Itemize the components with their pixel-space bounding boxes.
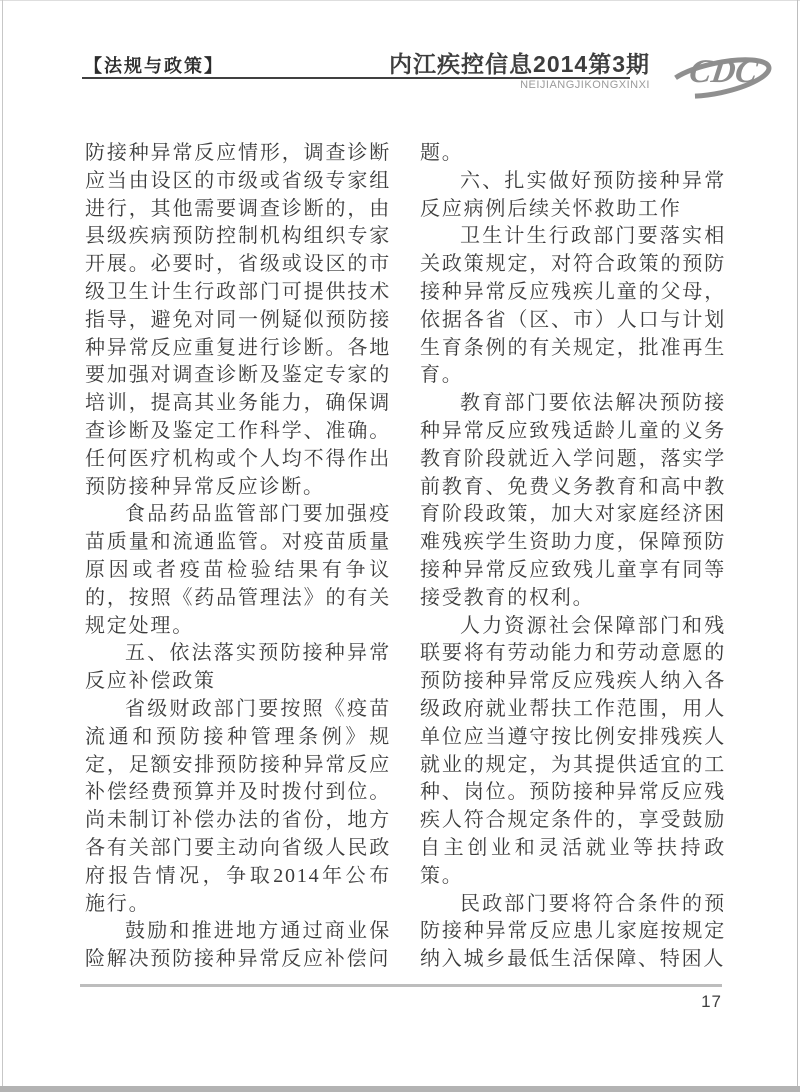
publication-title-pinyin: NEIJIANGJIKONGXINXI [520, 79, 650, 91]
paragraph: 题。 [420, 140, 726, 168]
paragraph: 防接种异常反应情形，调查诊断应当由设区的市级或省级专家组进行，其他需要调查诊断的… [85, 140, 391, 501]
publication-title: 内江疾控信息2014第3期 [389, 46, 650, 79]
left-column: 防接种异常反应情形，调查诊断应当由设区的市级或省级专家组进行，其他需要调查诊断的… [85, 140, 391, 974]
section-heading: 五、依法落实预防接种异常反应补偿政策 [85, 640, 391, 696]
paragraph: 省级财政部门要按照《疫苗流通和预防接种管理条例》规定，足额安排预防接种异常反应补… [85, 696, 391, 918]
paragraph: 民政部门要将符合条件的预防接种异常反应患儿家庭按规定纳入城乡最低生活保障、特困人 [420, 891, 726, 974]
page-edge-left [2, 0, 3, 1092]
paragraph: 教育部门要依法解决预防接种异常反应致残适龄儿童的义务教育阶段就近入学问题，落实学… [420, 390, 726, 612]
paragraph: 卫生计生行政部门要落实相关政策规定，对符合政策的预防接种异常反应残疾儿童的父母，… [420, 223, 726, 390]
document-page: 【法规与政策】 内江疾控信息2014第3期 NEIJIANGJIKONGXINX… [0, 0, 800, 1092]
page-edge-right [797, 0, 798, 1092]
cdc-logo-icon: CDC [652, 40, 780, 108]
page-edge-bottom [0, 1086, 800, 1092]
page-number: 17 [701, 992, 722, 1012]
page-edge-top [0, 0, 800, 1]
section-heading: 六、扎实做好预防接种异常反应病例后续关怀救助工作 [420, 168, 726, 224]
cdc-logo-text: CDC [687, 53, 761, 90]
section-label: 【法规与政策】 [84, 52, 224, 78]
paragraph: 食品药品监管部门要加强疫苗质量和流通监管。对疫苗质量原因或者疫苗检验结果有争议的… [85, 501, 391, 640]
paragraph: 人力资源社会保障部门和残联要将有劳动能力和劳动意愿的预防接种异常反应残疾人纳入各… [420, 613, 726, 891]
body-columns: 防接种异常反应情形，调查诊断应当由设区的市级或省级专家组进行，其他需要调查诊断的… [85, 140, 727, 974]
right-column: 题。六、扎实做好预防接种异常反应病例后续关怀救助工作卫生计生行政部门要落实相关政… [420, 140, 726, 974]
paragraph: 鼓励和推进地方通过商业保险解决预防接种异常反应补偿问 [85, 918, 391, 974]
footer-rule [80, 984, 722, 987]
